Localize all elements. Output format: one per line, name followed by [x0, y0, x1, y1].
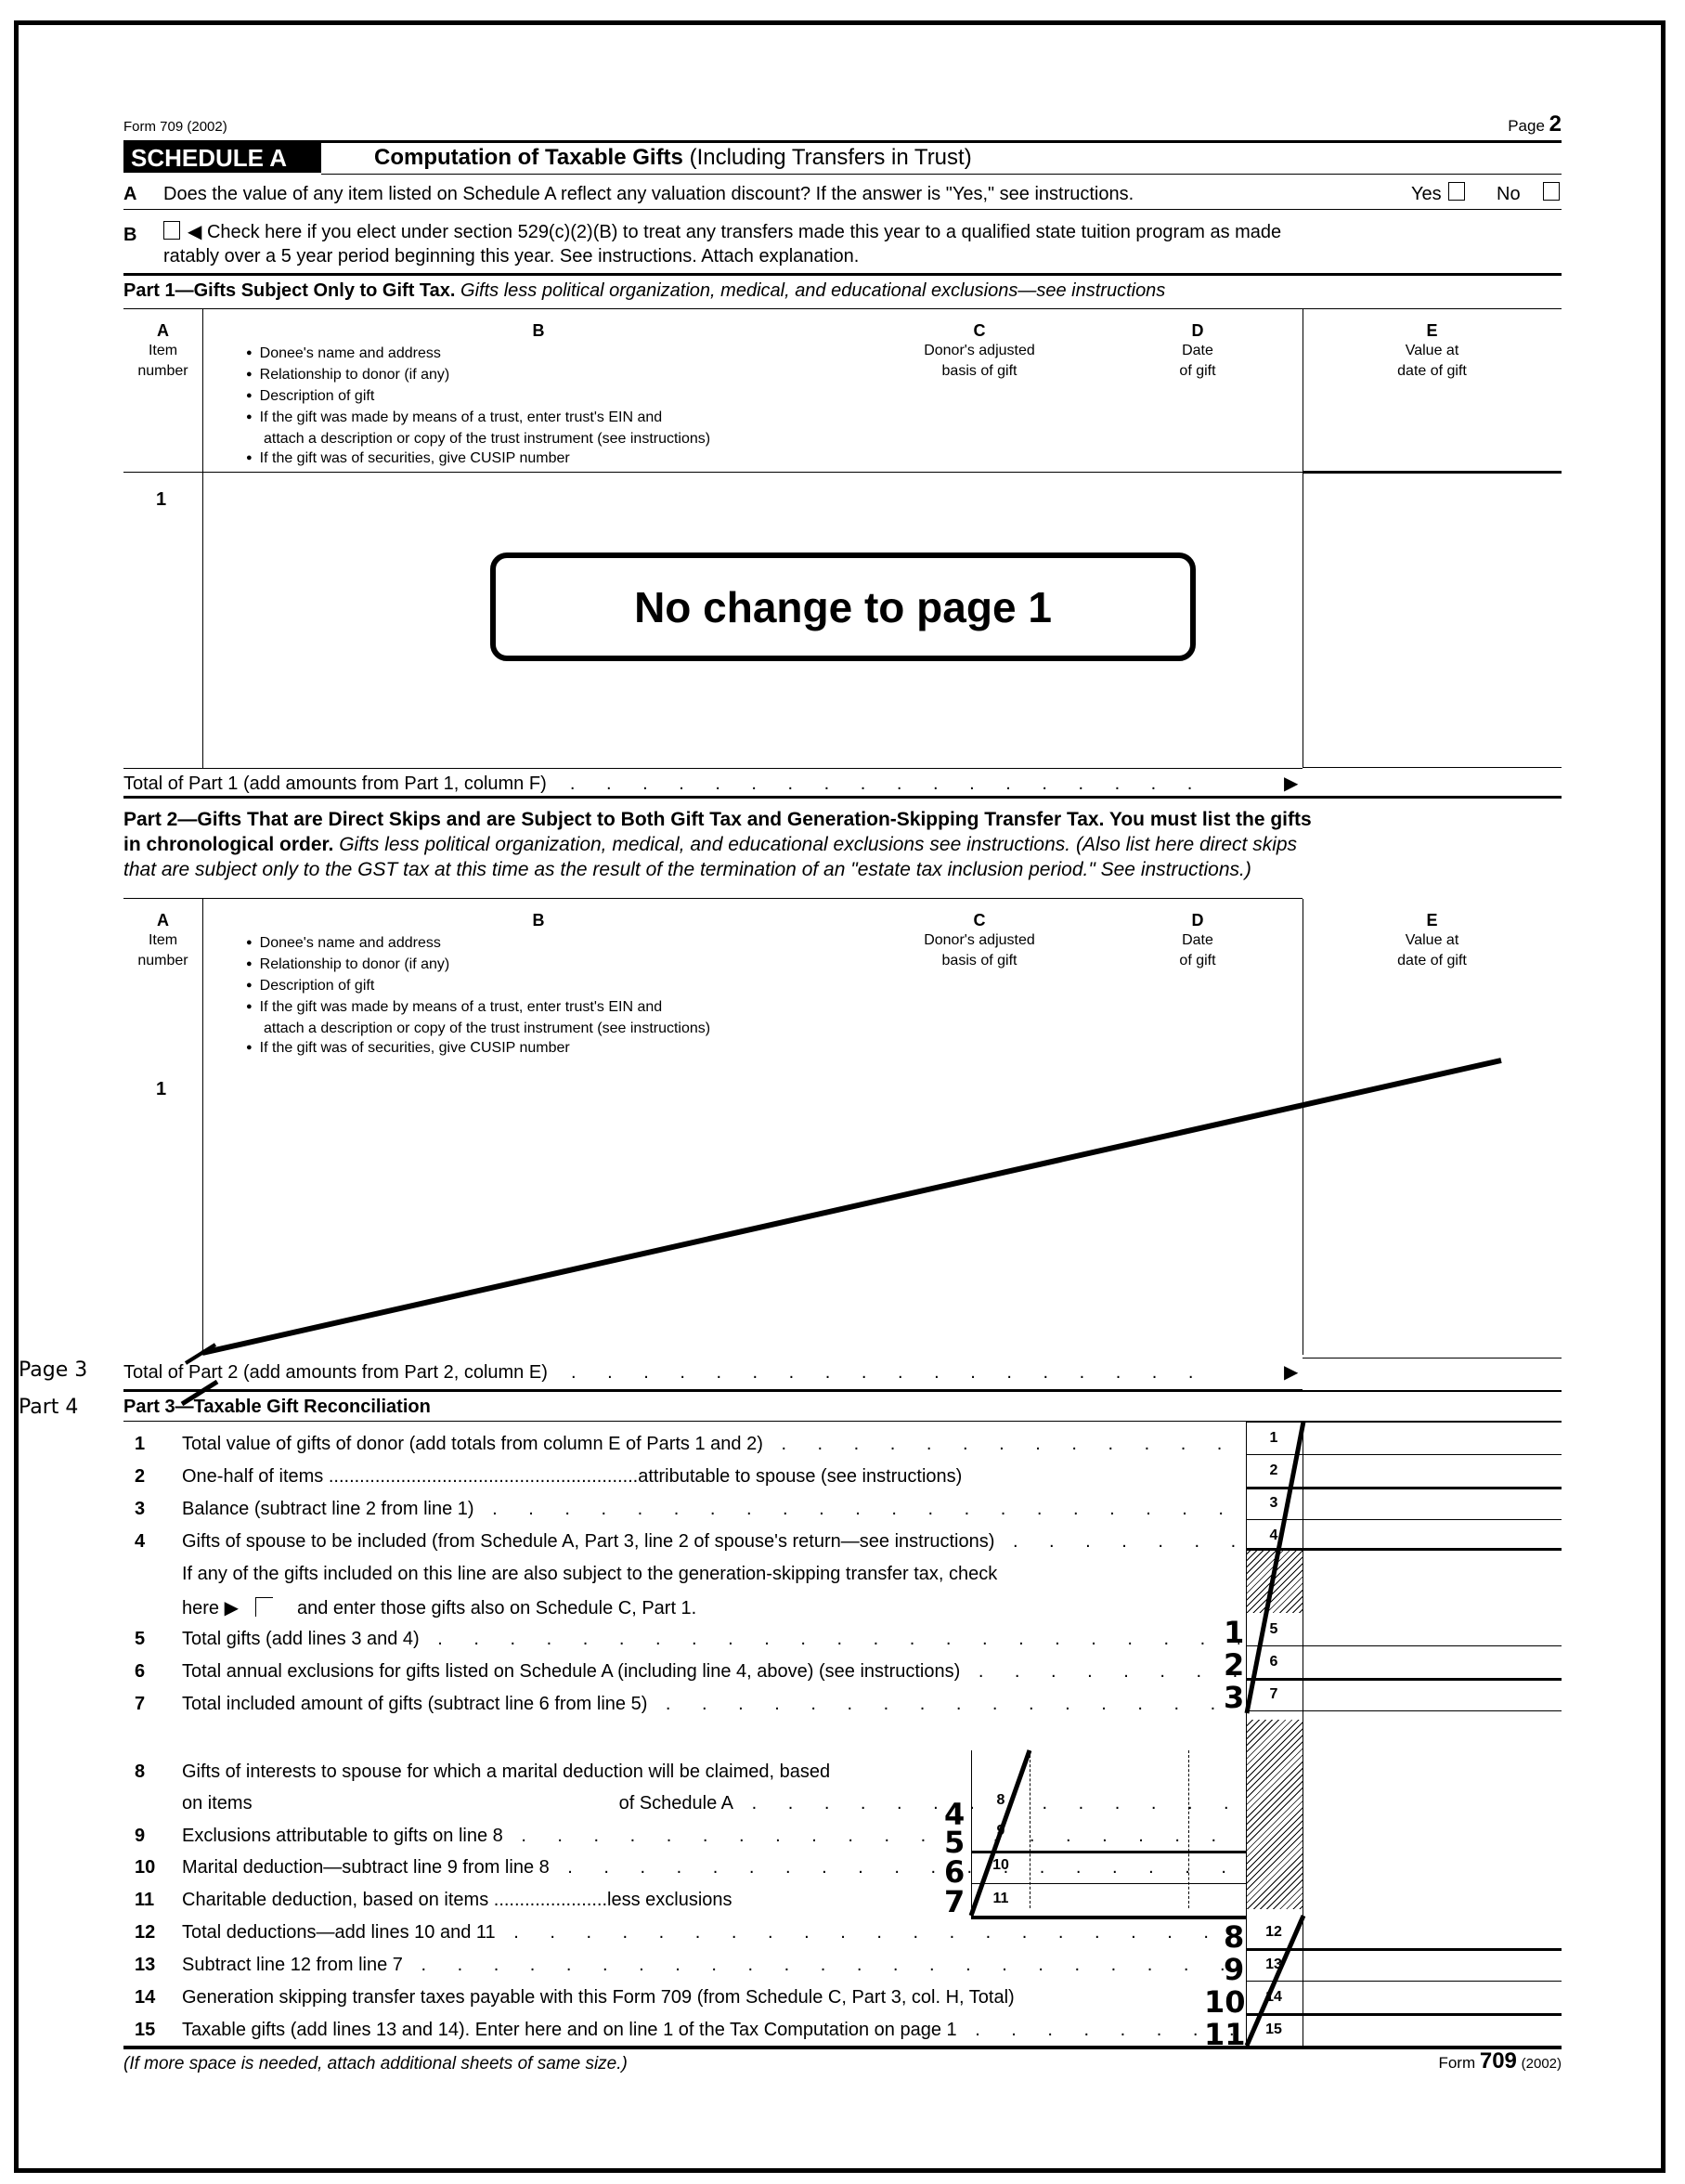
footer-form-word: Form — [1438, 2054, 1475, 2072]
part3-strike — [182, 1382, 217, 1404]
footer-note: (If more space is needed, attach additio… — [123, 2055, 628, 2073]
footer-form-year: (2002) — [1522, 2056, 1562, 2072]
boxes-12-15-strike — [1247, 1916, 1303, 2046]
footer-form-id: Form 709 (2002) — [1438, 2050, 1562, 2073]
part2-strike-line — [202, 1060, 1501, 1353]
footer-form-number: 709 — [1480, 2048, 1517, 2073]
strike-lines-overlay — [0, 0, 1685, 2184]
boxes-8-11-strike — [971, 1750, 1030, 1916]
boxes-1-7-strike — [1247, 1422, 1303, 1713]
